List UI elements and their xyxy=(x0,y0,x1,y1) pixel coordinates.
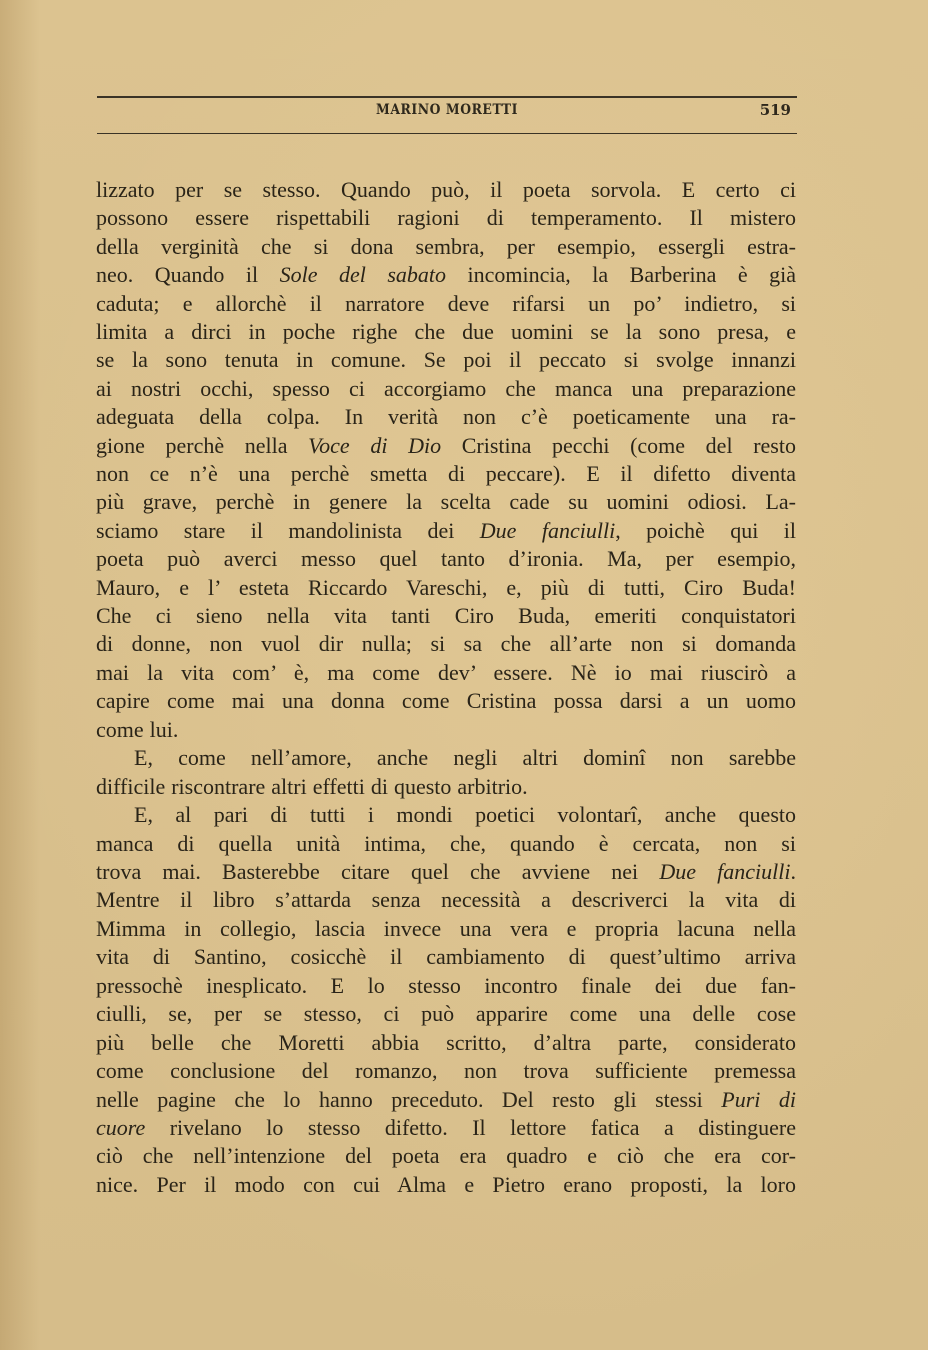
text-line-content: gione perchè nella Voce di Dio Cristina … xyxy=(96,432,796,460)
text-run: lizzato per se stesso. Quando può, il po… xyxy=(96,177,796,202)
text-run: neo. Quando il xyxy=(96,262,280,287)
text-run: limita a dirci in poche righe che due uo… xyxy=(96,319,796,344)
text-run: E, come nell’amore, anche negli altri do… xyxy=(134,745,796,770)
italic-title: Due fanciulli xyxy=(659,859,790,884)
italic-title: cuore xyxy=(96,1115,145,1140)
text-line: E, al pari di tutti i mondi poetici volo… xyxy=(134,801,796,829)
text-line: nice. Per il modo con cui Alma e Pietro … xyxy=(96,1171,796,1199)
text-line: neo. Quando il Sole del sabato incominci… xyxy=(96,261,796,289)
text-line-content: Mauro, e l’ esteta Riccardo Vareschi, e,… xyxy=(96,574,796,602)
text-line-content: possono essere rispettabili ragioni di t… xyxy=(96,204,796,232)
text-line: come conclusione del romanzo, non trova … xyxy=(96,1057,796,1085)
text-run: nice. Per il modo con cui Alma e Pietro … xyxy=(96,1172,796,1197)
text-line: Mimma in collegio, lascia invece una ver… xyxy=(96,915,796,943)
text-run: gione perchè nella xyxy=(96,433,308,458)
text-line-content: non ce n’è una perchè smetta di peccare)… xyxy=(96,460,796,488)
text-line: Mauro, e l’ esteta Riccardo Vareschi, e,… xyxy=(96,574,796,602)
text-line: nelle pagine che lo hanno preceduto. Del… xyxy=(96,1086,796,1114)
text-run: rivelano lo stesso difetto. Il lettore f… xyxy=(145,1115,796,1140)
text-run: della verginità che si dona sembra, per … xyxy=(96,234,796,259)
text-line-content: di donne, non vuol dir nulla; si sa che … xyxy=(96,630,796,658)
text-line-content: ciulli, se, per se stesso, ci può appari… xyxy=(96,1000,796,1028)
text-line-content: caduta; e allorchè il narratore deve rif… xyxy=(96,290,796,318)
text-line: più belle che Moretti abbia scritto, d’a… xyxy=(96,1029,796,1057)
text-run: caduta; e allorchè il narratore deve rif… xyxy=(96,291,796,316)
text-line-content: della verginità che si dona sembra, per … xyxy=(96,233,796,261)
text-line: Mentre il libro s’attarda senza necessit… xyxy=(96,886,796,914)
text-run: se la sono tenuta in comune. Se poi il p… xyxy=(96,347,796,372)
text-run: come conclusione del romanzo, non trova … xyxy=(96,1058,796,1083)
text-line: manca di quella unità intima, che, quand… xyxy=(96,830,796,858)
text-run: , poichè qui il xyxy=(615,518,796,543)
italic-title: Sole del sabato xyxy=(280,262,446,287)
text-line-content: come lui. xyxy=(96,716,796,744)
text-run: Che ci sieno nella vita tanti Ciro Buda,… xyxy=(96,603,796,628)
text-run: incomincia, la Barberina è già xyxy=(446,262,796,287)
text-line: sciamo stare il mandolinista dei Due fan… xyxy=(96,517,796,545)
text-line: cuore rivelano lo stesso difetto. Il let… xyxy=(96,1114,796,1142)
text-line: di donne, non vuol dir nulla; si sa che … xyxy=(96,630,796,658)
text-line-content: vita di Santino, cosicchè il cambiamento… xyxy=(96,943,796,971)
text-line-content: mai la vita com’ è, ma come dev’ essere.… xyxy=(96,659,796,687)
text-run: nelle pagine che lo hanno preceduto. Del… xyxy=(96,1087,721,1112)
italic-title: Due fanciulli xyxy=(480,518,615,543)
text-line: possono essere rispettabili ragioni di t… xyxy=(96,204,796,232)
text-run: vita di Santino, cosicchè il cambiamento… xyxy=(96,944,796,969)
text-run: Cristina pecchi (come del resto xyxy=(441,433,796,458)
text-line-content: nice. Per il modo con cui Alma e Pietro … xyxy=(96,1171,796,1199)
text-line: capire come mai una donna come Cristina … xyxy=(96,687,796,715)
text-run: manca di quella unità intima, che, quand… xyxy=(96,831,796,856)
text-line-content: E, come nell’amore, anche negli altri do… xyxy=(134,744,796,772)
text-line-content: neo. Quando il Sole del sabato incominci… xyxy=(96,261,796,289)
text-line-content: cuore rivelano lo stesso difetto. Il let… xyxy=(96,1114,796,1142)
text-run: pressochè inesplicato. E lo stesso incon… xyxy=(96,973,796,998)
text-line-content: più grave, perchè in genere la scelta ca… xyxy=(96,488,796,516)
text-line: della verginità che si dona sembra, per … xyxy=(96,233,796,261)
text-run: ciò che nell’intenzione del poeta era qu… xyxy=(96,1143,796,1168)
text-line-content: Mimma in collegio, lascia invece una ver… xyxy=(96,915,796,943)
text-line: trova mai. Basterebbe citare quel che av… xyxy=(96,858,796,886)
text-line: ai nostri occhi, spesso ci accorgiamo ch… xyxy=(96,375,796,403)
page-number: 519 xyxy=(760,101,791,119)
text-run: poeta può averci messo quel tanto d’iron… xyxy=(96,546,796,571)
text-line-content: ciò che nell’intenzione del poeta era qu… xyxy=(96,1142,796,1170)
text-run: adeguata della colpa. In verità non c’è … xyxy=(96,404,796,429)
text-run: non ce n’è una perchè smetta di peccare)… xyxy=(96,461,796,486)
text-line-content: poeta può averci messo quel tanto d’iron… xyxy=(96,545,796,573)
text-run: di donne, non vuol dir nulla; si sa che … xyxy=(96,631,796,656)
text-run: possono essere rispettabili ragioni di t… xyxy=(96,205,796,230)
text-line: poeta può averci messo quel tanto d’iron… xyxy=(96,545,796,573)
text-line-content: pressochè inesplicato. E lo stesso incon… xyxy=(96,972,796,1000)
text-run: ai nostri occhi, spesso ci accorgiamo ch… xyxy=(96,376,796,401)
text-line-content: E, al pari di tutti i mondi poetici volo… xyxy=(134,801,796,829)
text-line: mai la vita com’ è, ma come dev’ essere.… xyxy=(96,659,796,687)
text-line: non ce n’è una perchè smetta di peccare)… xyxy=(96,460,796,488)
text-line-content: lizzato per se stesso. Quando può, il po… xyxy=(96,176,796,204)
text-line: limita a dirci in poche righe che due uo… xyxy=(96,318,796,346)
text-run: E, al pari di tutti i mondi poetici volo… xyxy=(134,802,796,827)
text-line-content: limita a dirci in poche righe che due uo… xyxy=(96,318,796,346)
book-page: MARINO MORETTI 519 lizzato per se stesso… xyxy=(0,0,928,1350)
text-line: caduta; e allorchè il narratore deve rif… xyxy=(96,290,796,318)
text-run: capire come mai una donna come Cristina … xyxy=(96,688,796,713)
text-line: lizzato per se stesso. Quando può, il po… xyxy=(96,176,796,204)
italic-title: Puri di xyxy=(721,1087,796,1112)
text-line-content: nelle pagine che lo hanno preceduto. Del… xyxy=(96,1086,796,1114)
text-line-content: adeguata della colpa. In verità non c’è … xyxy=(96,403,796,431)
text-line: ciulli, se, per se stesso, ci può appari… xyxy=(96,1000,796,1028)
text-line: E, come nell’amore, anche negli altri do… xyxy=(134,744,796,772)
text-run: trova mai. Basterebbe citare quel che av… xyxy=(96,859,659,884)
text-line-content: Che ci sieno nella vita tanti Ciro Buda,… xyxy=(96,602,796,630)
text-line: Che ci sieno nella vita tanti Ciro Buda,… xyxy=(96,602,796,630)
text-run: sciamo stare il mandolinista dei xyxy=(96,518,480,543)
text-line-content: trova mai. Basterebbe citare quel che av… xyxy=(96,858,796,886)
text-line: più grave, perchè in genere la scelta ca… xyxy=(96,488,796,516)
text-line-content: sciamo stare il mandolinista dei Due fan… xyxy=(96,517,796,545)
text-line-content: più belle che Moretti abbia scritto, d’a… xyxy=(96,1029,796,1057)
text-run: difficile riscontrare altri effetti di q… xyxy=(96,774,528,799)
text-run: Mentre il libro s’attarda senza necessit… xyxy=(96,887,796,912)
header-rule-bottom xyxy=(97,133,797,134)
text-run: ciulli, se, per se stesso, ci può appari… xyxy=(96,1001,796,1026)
text-line: come lui. xyxy=(96,716,796,744)
text-run: Mauro, e l’ esteta Riccardo Vareschi, e,… xyxy=(96,575,796,600)
text-run: come lui. xyxy=(96,717,178,742)
text-line: gione perchè nella Voce di Dio Cristina … xyxy=(96,432,796,460)
text-run: . xyxy=(791,859,797,884)
text-line: adeguata della colpa. In verità non c’è … xyxy=(96,403,796,431)
text-run: più grave, perchè in genere la scelta ca… xyxy=(96,489,796,514)
text-line: ciò che nell’intenzione del poeta era qu… xyxy=(96,1142,796,1170)
text-line-content: manca di quella unità intima, che, quand… xyxy=(96,830,796,858)
text-line: vita di Santino, cosicchè il cambiamento… xyxy=(96,943,796,971)
text-run: Mimma in collegio, lascia invece una ver… xyxy=(96,916,796,941)
running-header: MARINO MORETTI 519 xyxy=(97,100,797,124)
text-line-content: se la sono tenuta in comune. Se poi il p… xyxy=(96,346,796,374)
text-line-content: Mentre il libro s’attarda senza necessit… xyxy=(96,886,796,914)
text-line-content: difficile riscontrare altri effetti di q… xyxy=(96,773,796,801)
text-line: pressochè inesplicato. E lo stesso incon… xyxy=(96,972,796,1000)
text-line-content: ai nostri occhi, spesso ci accorgiamo ch… xyxy=(96,375,796,403)
text-line-content: come conclusione del romanzo, non trova … xyxy=(96,1057,796,1085)
text-run: mai la vita com’ è, ma come dev’ essere.… xyxy=(96,660,796,685)
header-rule-top xyxy=(97,96,797,98)
text-line-content: capire come mai una donna come Cristina … xyxy=(96,687,796,715)
text-line: se la sono tenuta in comune. Se poi il p… xyxy=(96,346,796,374)
text-line: difficile riscontrare altri effetti di q… xyxy=(96,773,796,801)
running-title: MARINO MORETTI xyxy=(125,102,769,118)
italic-title: Voce di Dio xyxy=(308,433,441,458)
text-run: più belle che Moretti abbia scritto, d’a… xyxy=(96,1030,796,1055)
